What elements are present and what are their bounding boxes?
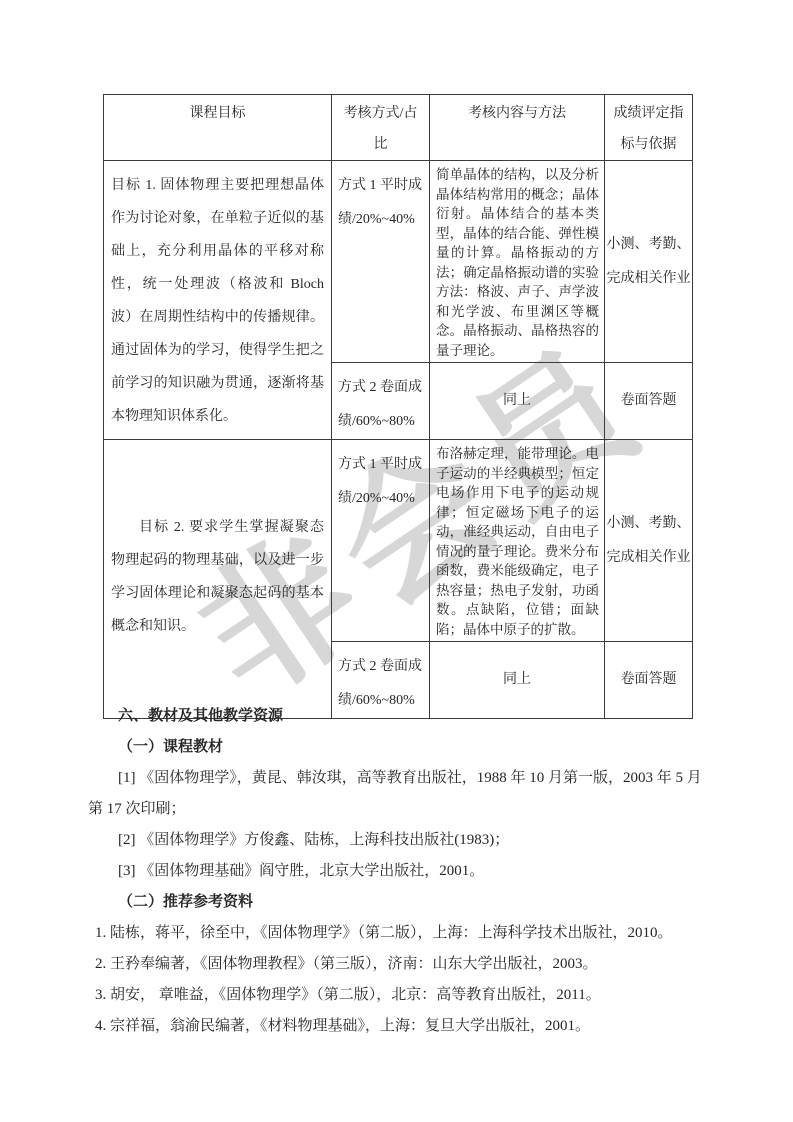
lower-text-block: 六、教材及其他教学资源 （一）课程教材 [1] 《固体物理学》，黄昆、韩汝琪，高… <box>88 701 708 1042</box>
method-1a-cell: 方式 1 平时成绩/20%~40% <box>332 161 430 363</box>
objective-2-cell: 目标 2. 要求学生掌握凝聚态物理起码的物理基础，以及进一步学习固体理论和凝聚态… <box>104 440 332 719</box>
assessment-table: 课程目标 考核方式/占比 考核内容与方法 成绩评定指标与依据 目标 1. 固体物… <box>103 94 693 719</box>
header-grading-basis: 成绩评定指标与依据 <box>605 95 693 161</box>
basis-1a-cell: 小测、考勤、完成相关作业 <box>605 161 693 363</box>
reference-item: 4. 宗祥福，翁渝民编著，《材料物理基础》，上海：复旦大学出版社，2001。 <box>88 1011 708 1042</box>
content-2a-cell: 布洛赫定理，能带理论。电子运动的半经典模型；恒定电场作用下电子的运动规律；恒定磁… <box>430 440 605 642</box>
subsection-heading-references: （二）推荐参考资料 <box>88 887 708 918</box>
table-row: 目标 2. 要求学生掌握凝聚态物理起码的物理基础，以及进一步学习固体理论和凝聚态… <box>104 440 693 642</box>
content-1b-cell: 同上 <box>430 363 605 440</box>
reference-item: 1. 陆栋，蒋平，徐至中，《固体物理学》（第二版），上海：上海科学技术出版社，2… <box>88 918 708 949</box>
reference-item: 3. 胡安， 章唯益，《固体物理学》（第二版），北京：高等教育出版社，2011。 <box>88 980 708 1011</box>
reference-item: 2. 王矜奉编著，《固体物理教程》（第三版），济南：山东大学出版社，2003。 <box>88 949 708 980</box>
basis-1b-cell: 卷面答题 <box>605 363 693 440</box>
header-assessment-content: 考核内容与方法 <box>430 95 605 161</box>
objective-1-cell: 目标 1. 固体物理主要把理想晶体作为讨论对象，在单粒子近似的基础上，充分利用晶… <box>104 161 332 440</box>
table-header-row: 课程目标 考核方式/占比 考核内容与方法 成绩评定指标与依据 <box>104 95 693 161</box>
content-1a-cell: 简单晶体的结构，以及分析晶体结构常用的概念；晶体衍射。晶体结合的基本类型，晶体的… <box>430 161 605 363</box>
method-2a-cell: 方式 1 平时成绩/20%~40% <box>332 440 430 642</box>
subsection-heading-textbooks: （一）课程教材 <box>88 732 708 763</box>
header-course-objective: 课程目标 <box>104 95 332 161</box>
section-heading-resources: 六、教材及其他教学资源 <box>88 701 708 732</box>
textbook-item: [1] 《固体物理学》，黄昆、韩汝琪，高等教育出版社，1988 年 10 月第一… <box>88 763 708 825</box>
textbook-item: [3] 《固体物理基础》阎守胜，北京大学出版社，2001。 <box>88 856 708 887</box>
method-1b-cell: 方式 2 卷面成绩/60%~80% <box>332 363 430 440</box>
header-assessment-method: 考核方式/占比 <box>332 95 430 161</box>
document-page: 非会员 课程目标 考核方式/占比 考核内容与方法 成绩评定指标与依据 目标 1.… <box>0 0 793 1122</box>
table-row: 目标 1. 固体物理主要把理想晶体作为讨论对象，在单粒子近似的基础上，充分利用晶… <box>104 161 693 363</box>
basis-2a-cell: 小测、考勤、完成相关作业 <box>605 440 693 642</box>
textbook-item: [2] 《固体物理学》方俊鑫、陆栋，上海科技出版社(1983)； <box>88 825 708 856</box>
